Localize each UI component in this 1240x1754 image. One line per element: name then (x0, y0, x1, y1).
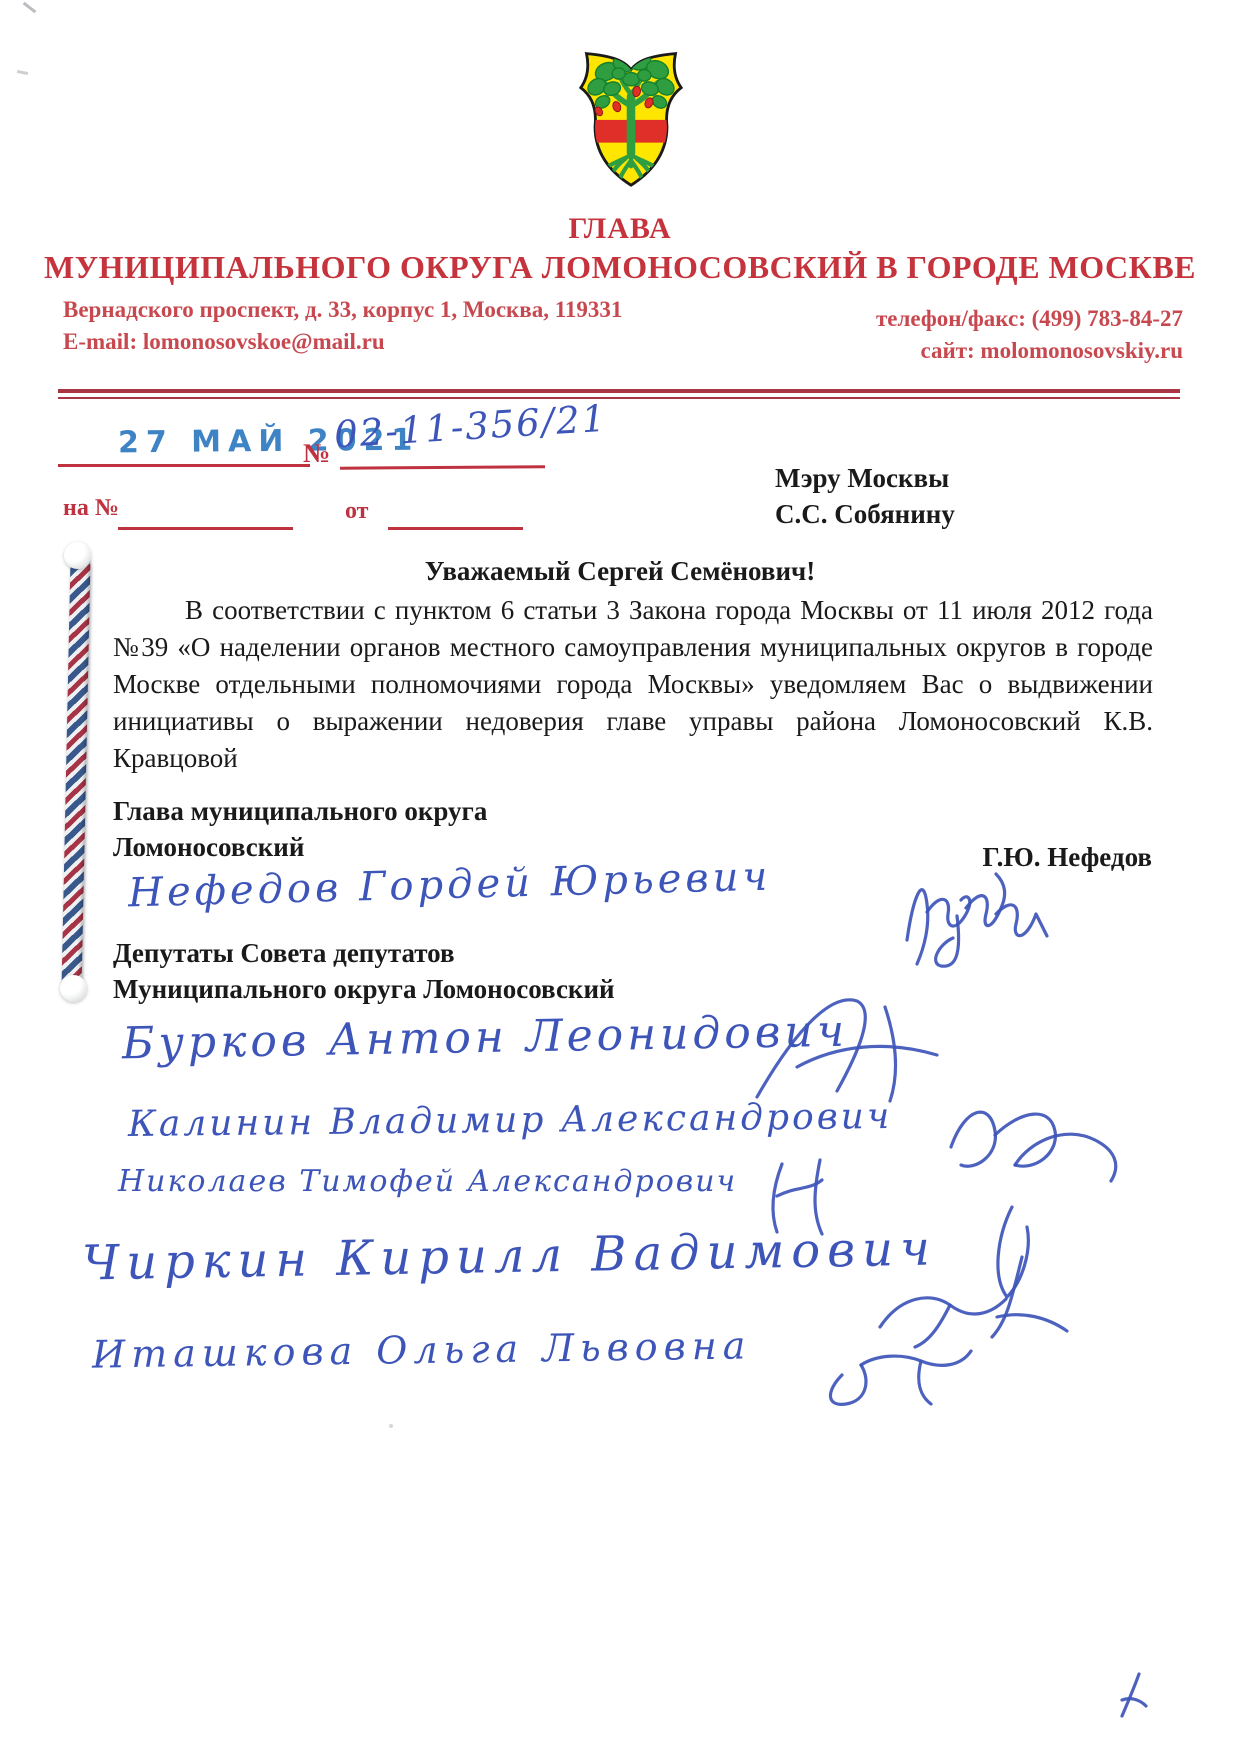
binding-cord (61, 556, 90, 992)
head-signature (895, 852, 1070, 977)
head-position-block: Глава муниципального округа Ломоносовски… (113, 793, 487, 865)
letterhead-address-block: Вернадского проспект, д. 33, корпус 1, М… (63, 294, 703, 358)
recipient-block: Мэру Москвы С.С. Собянину (775, 460, 955, 532)
number-sign: № (303, 438, 330, 469)
email-line: E-mail: lomonosovskoe@mail.ru (63, 326, 703, 358)
head-position-line1: Глава муниципального округа (113, 793, 487, 829)
scan-artifact (17, 70, 28, 75)
deputies-title-line1: Депутаты Совета депутатов (113, 935, 615, 971)
deputy-signature (935, 1085, 1135, 1195)
reply-to-number-label: на № (63, 495, 119, 522)
reply-number-underline (118, 527, 293, 530)
deputies-title-block: Депутаты Совета депутатов Муниципального… (113, 935, 615, 1007)
deputies-title-line2: Муниципального округа Ломоносовский (113, 971, 615, 1007)
scan-artifact (23, 2, 37, 14)
head-position-line2: Ломоносовский (113, 829, 487, 865)
letter-page: ГЛАВА МУНИЦИПАЛЬНОГО ОКРУГА ЛОМОНОСОВСКИ… (0, 0, 1240, 1754)
recipient-title: Мэру Москвы (775, 460, 955, 496)
salutation: Уважаемый Сергей Семёнович! (0, 556, 1240, 587)
phone-line: телефон/факс: (499) 783-84-27 (720, 303, 1183, 335)
site-line: сайт: molomonosovskiy.ru (720, 335, 1183, 367)
deputy-signature (810, 1325, 980, 1415)
binding-eyelet-bottom (60, 975, 87, 1002)
address-line: Вернадского проспект, д. 33, корпус 1, М… (63, 294, 703, 326)
deputy-signature (750, 1150, 850, 1245)
deputy-signature (735, 985, 965, 1115)
date-underline (58, 464, 310, 467)
reply-from-label: от (345, 498, 368, 525)
document-number-handwritten: 02-11-356/21 (333, 397, 608, 457)
pen-mark (1112, 1668, 1154, 1720)
reply-from-underline (388, 527, 523, 530)
binding-eyelet-top (64, 542, 91, 569)
scan-artifact (389, 1424, 393, 1428)
deputy-handwritten-name: Иташкова Ольга Львовна (92, 1323, 752, 1376)
letterhead-title-line1: ГЛАВА (0, 212, 1240, 246)
letterhead-title-line2: МУНИЦИПАЛЬНОГО ОКРУГА ЛОМОНОСОВСКИЙ В ГО… (0, 249, 1240, 286)
deputy-handwritten-name: Николаев Тимофей Александрович (118, 1164, 737, 1199)
recipient-name: С.С. Собянину (775, 496, 955, 532)
letterhead-contact-block: телефон/факс: (499) 783-84-27 сайт: molo… (720, 303, 1183, 367)
number-underline (340, 465, 545, 469)
coat-of-arms-icon (574, 47, 688, 189)
letterhead-divider (58, 389, 1180, 399)
body-paragraph: В соответствии с пунктом 6 статьи 3 Зако… (113, 592, 1153, 777)
